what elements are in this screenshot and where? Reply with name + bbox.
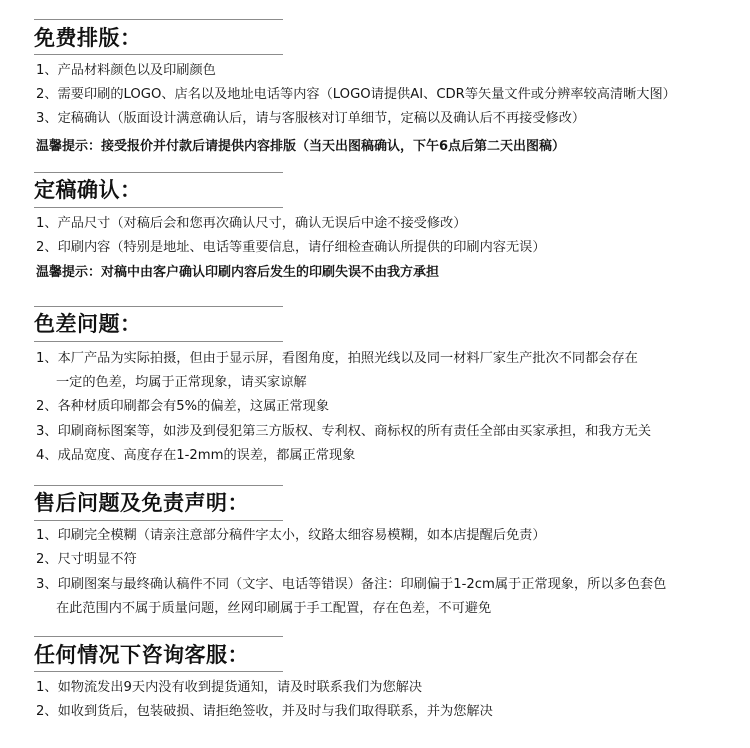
list-item: 3、印刷商标图案等，如涉及到侵犯第三方版权、专利权、商标权的所有责任全部由买家承…: [36, 423, 651, 441]
section-bottom-divider: [34, 520, 283, 521]
section-top-divider: [34, 485, 283, 486]
section-top-divider: [34, 636, 283, 637]
section-heading: 任何情况下咨询客服：: [34, 642, 249, 668]
list-item: 2、印刷内容（特别是地址、电话等重要信息，请仔细检查确认所提供的印刷内容无误）: [36, 239, 546, 257]
section-heading: 色差问题：: [34, 311, 142, 337]
list-item-continuation: 在此范围内不属于质量问题，丝网印刷属于手工配置，存在色差，不可避免: [56, 600, 491, 618]
tip-text: 温馨提示：接受报价并付款后请提供内容排版（当天出图稿确认，下午6点后第二天出图稿…: [36, 138, 565, 156]
section-heading: 免费排版：: [34, 25, 142, 51]
list-item: 1、产品尺寸（对稿后会和您再次确认尺寸，确认无误后中途不接受修改）: [36, 215, 466, 233]
list-item: 3、定稿确认（版面设计满意确认后，请与客服核对订单细节，定稿以及确认后不再接受修…: [36, 110, 585, 128]
list-item: 2、尺寸明显不符: [36, 551, 137, 569]
list-item: 2、如收到货后，包装破损、请拒绝签收，并及时与我们取得联系，并为您解决: [36, 703, 493, 721]
section-top-divider: [34, 172, 283, 173]
section-heading: 定稿确认：: [34, 177, 142, 203]
list-item: 2、需要印刷的LOGO、店名以及地址电话等内容（LOGO请提供AI、CDR等矢量…: [36, 86, 676, 104]
list-item: 1、如物流发出9天内没有收到提货通知，请及时联系我们为您解决: [36, 679, 422, 697]
tip-text: 温馨提示：对稿中由客户确认印刷内容后发生的印刷失误不由我方承担: [36, 264, 439, 282]
list-item: 4、成品宽度、高度存在1-2mm的误差，都属正常现象: [36, 447, 355, 465]
section-top-divider: [34, 306, 283, 307]
section-top-divider: [34, 19, 283, 20]
section-bottom-divider: [34, 207, 283, 208]
section-bottom-divider: [34, 341, 283, 342]
list-item: 1、印刷完全模糊（请亲注意部分稿件字太小，纹路太细容易模糊，如本店提醒后免责）: [36, 527, 546, 545]
list-item: 2、各种材质印刷都会有5%的偏差，这属正常现象: [36, 398, 329, 416]
section-bottom-divider: [34, 671, 283, 672]
list-item: 3、印刷图案与最终确认稿件不同（文字、电话等错误）备注：印刷偏于1-2cm属于正…: [36, 576, 666, 594]
section-bottom-divider: [34, 54, 283, 55]
section-heading: 售后问题及免责声明：: [34, 490, 249, 516]
list-item: 1、本厂产品为实际拍摄，但由于显示屏，看图角度，拍照光线以及同一材料厂家生产批次…: [36, 350, 638, 368]
list-item: 1、产品材料颜色以及印刷颜色: [36, 62, 216, 80]
list-item-continuation: 一定的色差，均属于正常现象，请买家谅解: [56, 374, 307, 392]
